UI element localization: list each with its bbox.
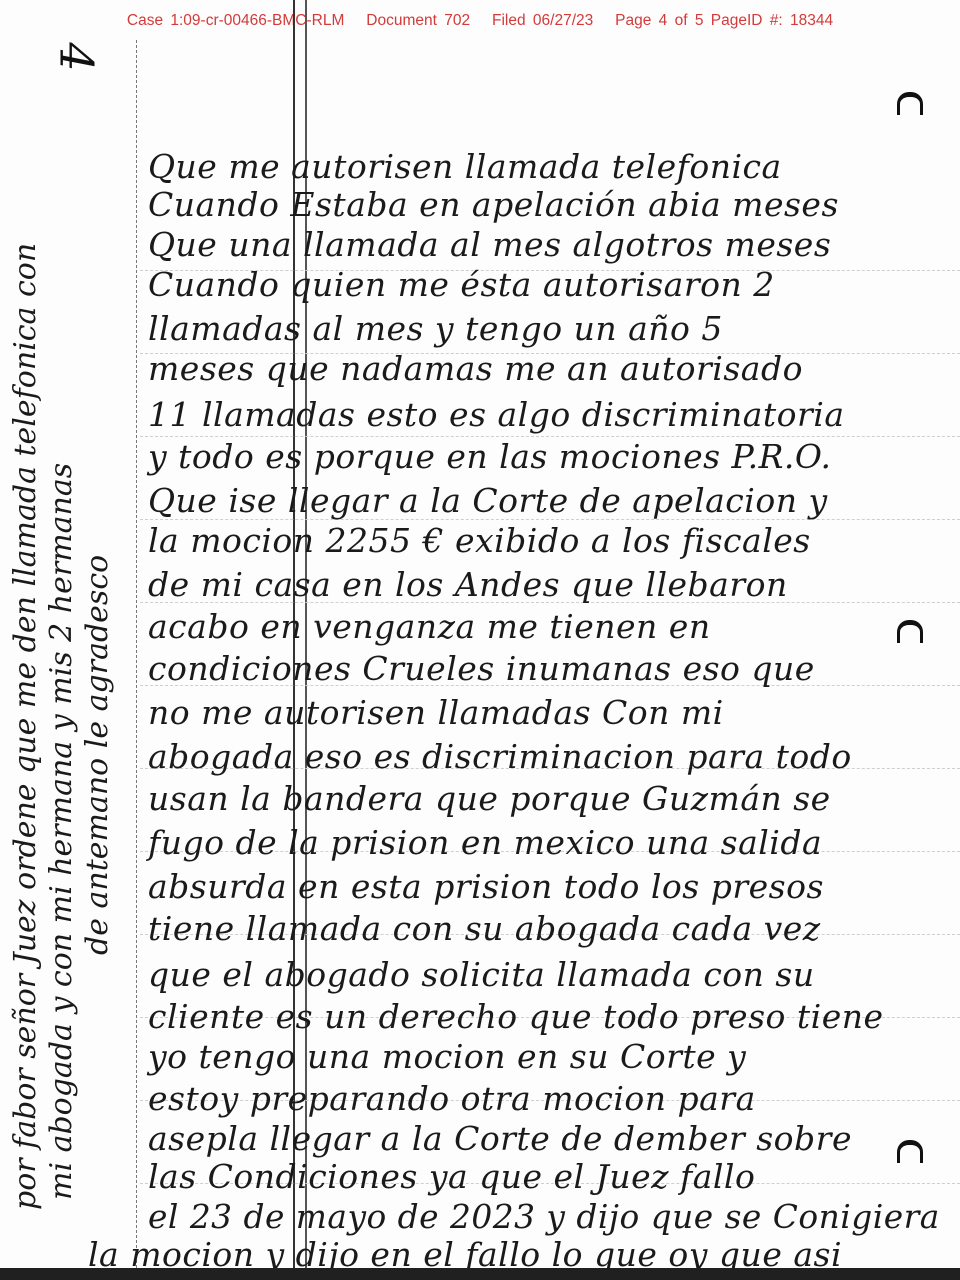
handwritten-line: no me autorisen llamadas Con mi	[148, 696, 724, 729]
punch-hole-mark	[897, 1140, 923, 1163]
handwritten-line: cliente es un derecho que todo preso tie…	[148, 1000, 884, 1033]
handwritten-line: la mocion 2255 € exibido a los fiscales	[148, 524, 811, 557]
handwritten-line: tiene llamada con su abogada cada vez	[148, 912, 821, 945]
handwritten-line: acabo en venganza me tienen en	[148, 610, 711, 643]
punch-hole-mark	[897, 620, 923, 643]
margin-line	[136, 40, 137, 1268]
handwritten-line: Que me autorisen llamada telefonica	[148, 150, 782, 183]
handwritten-line: el 23 de mayo de 2023 y dijo que se Coni…	[148, 1200, 940, 1233]
handwritten-line: absurda en esta prision todo los presos	[148, 870, 824, 903]
bottom-bar	[0, 1268, 960, 1280]
handwritten-line: yo tengo una mocion en su Corte y	[148, 1040, 746, 1073]
punch-hole-mark	[897, 92, 923, 115]
margin-note-line-2: mi abogada y con mi hermana y mis 2 herm…	[44, 463, 79, 1200]
document-page: Case 1:09-cr-00466-BMC-RLM Document 702 …	[0, 0, 960, 1268]
handwritten-line: meses que nadamas me an autorisado	[148, 352, 803, 385]
handwritten-line: Cuando quien me ésta autorisaron 2	[148, 268, 775, 301]
handwritten-line: Que ise llegar a la Corte de apelacion y	[148, 484, 828, 517]
margin-note-line-1: por fabor señor Juez ordene que me den l…	[8, 243, 43, 1210]
handwritten-line: y todo es porque en las mociones P.R.O.	[148, 440, 832, 473]
handwritten-line: condiciones Crueles inumanas eso que	[148, 652, 815, 685]
handwritten-line: de mi casa en los Andes que llebaron	[148, 568, 788, 601]
handwritten-line: que el abogado solicita llamada con su	[148, 958, 815, 991]
court-filing-stamp: Case 1:09-cr-00466-BMC-RLM Document 702 …	[0, 12, 960, 30]
handwritten-line: abogada eso es discriminacion para todo	[148, 740, 852, 773]
margin-note-line-3: de antemano le agradesco	[80, 555, 115, 955]
handwritten-line: llamadas al mes y tengo un año 5	[148, 312, 723, 345]
handwritten-line: Que una llamada al mes algotros meses	[148, 228, 831, 261]
handwritten-line: usan la bandera que porque Guzmán se	[148, 782, 831, 815]
handwritten-line: las Condiciones ya que el Juez fallo	[148, 1160, 755, 1193]
handwritten-line: 11 llamadas esto es algo discriminatoria	[148, 398, 845, 431]
handwritten-line: asepla llegar a la Corte de dember sobre	[148, 1122, 852, 1155]
handwritten-line: Cuando Estaba en apelación abia meses	[148, 188, 839, 221]
handwritten-line: estoy preparando otra mocion para	[148, 1082, 756, 1115]
handwritten-line: fugo de la prision en mexico una salida	[148, 826, 822, 859]
handwritten-page-number: 4	[50, 42, 104, 71]
handwritten-line: la mocion y dijo en el fallo lo que oy q…	[88, 1238, 842, 1268]
